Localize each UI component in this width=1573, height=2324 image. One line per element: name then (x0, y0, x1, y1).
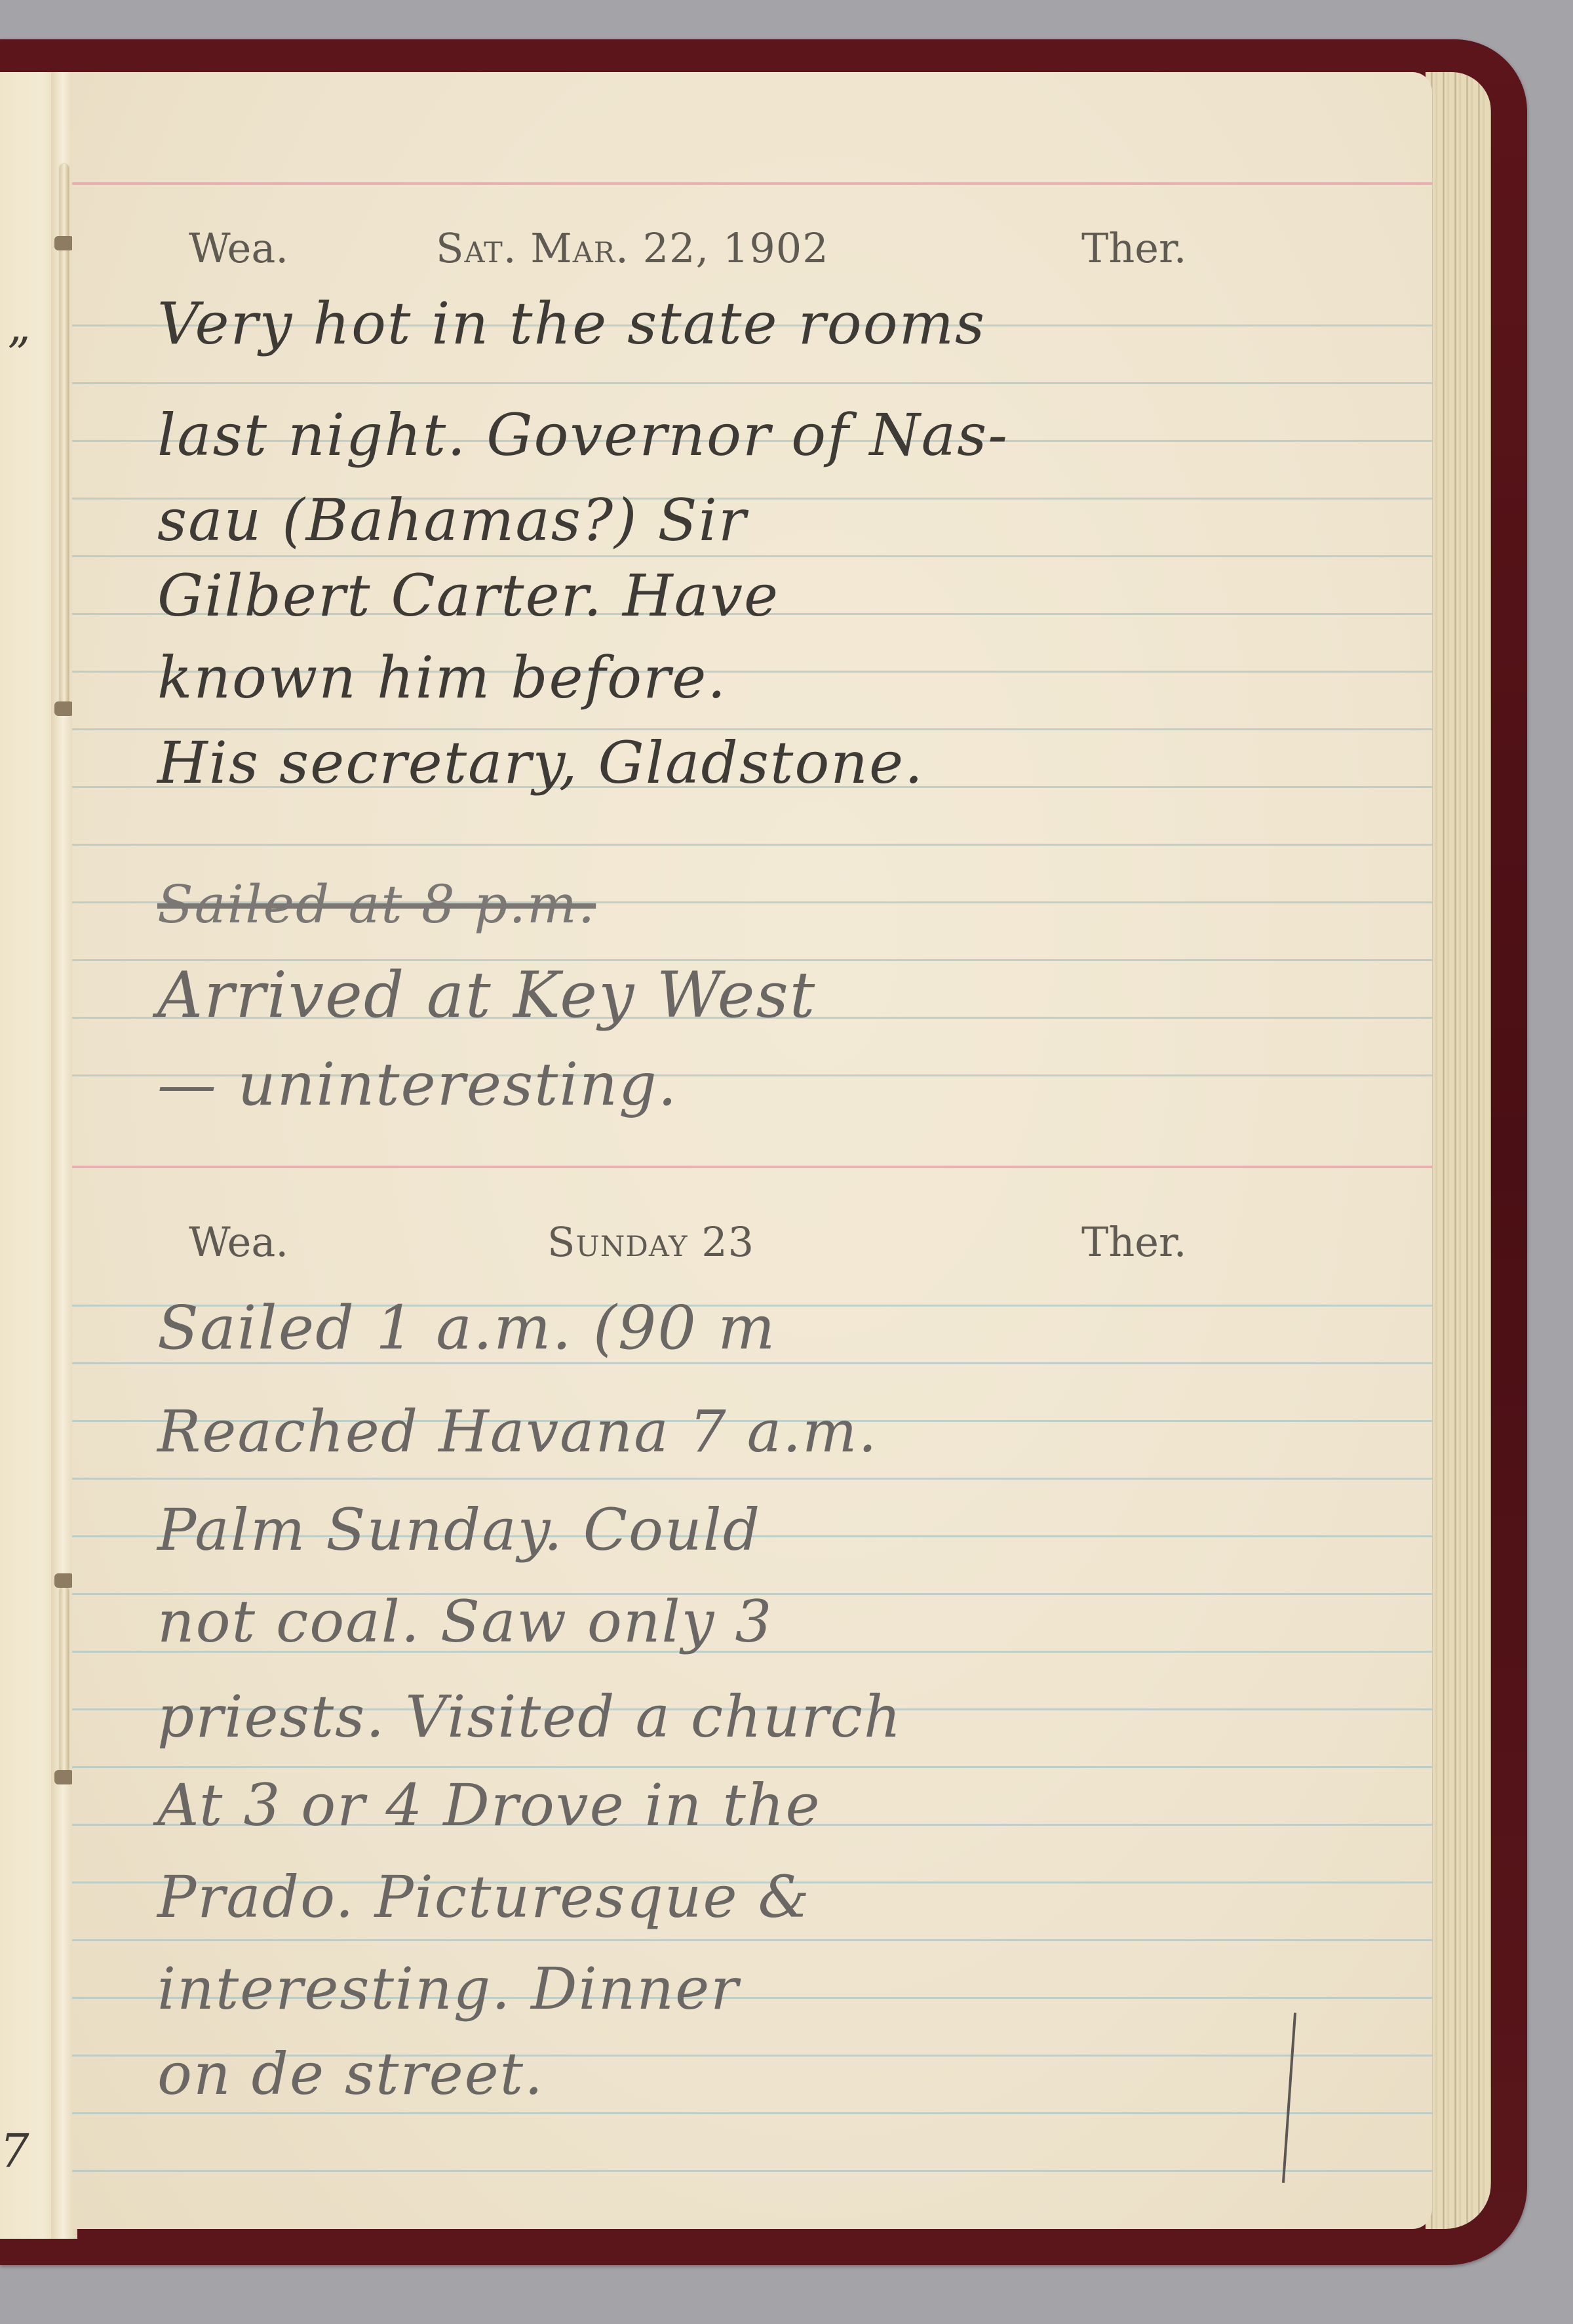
left-margin-mark: ” (7, 328, 30, 382)
blue-rule (72, 555, 1432, 557)
blue-rule (72, 1478, 1432, 1480)
handwritten-line: sau (Bahamas?) Sir (157, 492, 1353, 549)
binding-thread (60, 1586, 69, 1777)
handwritten-line: known him before. (157, 649, 1353, 707)
pink-rule (72, 182, 1432, 185)
thread-knot (54, 1770, 74, 1784)
handwritten-line: last night. Governor of Nas- (157, 406, 1353, 464)
pencil-line: — uninteresting. (157, 1055, 1353, 1114)
day-header-mar-22: Wea. Sat. Mar. 22, 1902 Ther. (72, 224, 1432, 283)
pencil-line: Palm Sunday. Could (157, 1501, 1353, 1559)
handwritten-line: His secretary, Gladstone. (157, 734, 1353, 792)
entry-date: Sunday 23 (547, 1218, 754, 1266)
diary-page: Wea. Sat. Mar. 22, 1902 Ther. Very hot i… (72, 72, 1432, 2229)
pencil-line: interesting. Dinner (157, 1960, 1353, 2018)
weather-label: Wea. (189, 1218, 288, 1266)
blue-rule (72, 2170, 1432, 2172)
pencil-line: priests. Visited a church (157, 1688, 1353, 1746)
thread-knot (54, 1573, 74, 1588)
thermometer-label: Ther. (1081, 1218, 1187, 1266)
blue-rule (72, 2112, 1432, 2114)
weather-label: Wea. (189, 224, 288, 272)
pencil-line: Prado. Picturesque & (157, 1868, 1353, 1926)
thread-knot (54, 701, 74, 716)
pencil-line: not coal. Saw only 3 (157, 1593, 1353, 1651)
thread-knot (54, 236, 74, 250)
left-margin-mark: 7 (0, 2124, 29, 2178)
pencil-line: Arrived at Key West (157, 964, 1353, 1027)
blue-rule (72, 1939, 1432, 1941)
handwritten-line: Gilbert Carter. Have (157, 567, 1353, 625)
day-header-sunday-23: Wea. Sunday 23 Ther. (72, 1218, 1432, 1277)
blue-rule (72, 1766, 1432, 1768)
pink-rule (72, 1166, 1432, 1168)
blue-rule (72, 382, 1432, 384)
blue-rule (72, 844, 1432, 846)
pencil-line: Reached Havana 7 a.m. (157, 1403, 1353, 1461)
pencil-line: At 3 or 4 Drove in the (157, 1777, 1353, 1834)
page-block-edges (1426, 72, 1491, 2229)
entry-date: Sat. Mar. 22, 1902 (436, 224, 829, 272)
pencil-line: on de street. (157, 2045, 1353, 2103)
struck-through-line: Sailed at 8 p.m. (157, 878, 1353, 931)
thermometer-label: Ther. (1081, 224, 1187, 272)
handwritten-line: Very hot in the state rooms (157, 295, 1353, 353)
pencil-line: Sailed 1 a.m. (90 m (157, 1298, 1353, 1358)
